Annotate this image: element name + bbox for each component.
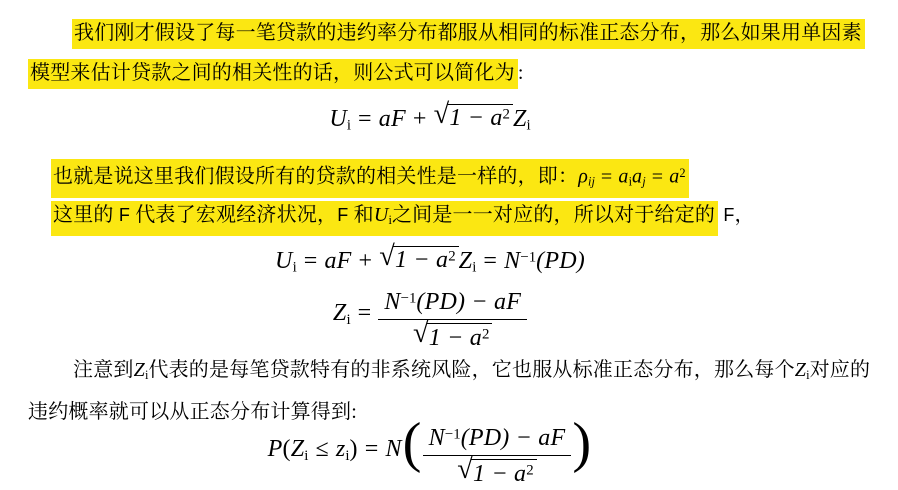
math-superscript: −1 — [401, 290, 417, 306]
formula-content: Zi=N−1(PD) − aF√1 − a2 — [333, 288, 527, 353]
text-run: 也就是说这里我们假设所有的贷款的相关性是一样的，即： — [53, 166, 578, 188]
document-page: 我们刚才假设了每一笔贷款的违约率分布都服从相同的标准正态分布，那么如果用单因素 … — [0, 0, 898, 490]
formula-content: P(Zi≤zi)=N(N−1(PD) − aF√1 − a2) — [268, 424, 593, 489]
math-operator: + — [406, 106, 434, 132]
math-superscript: −1 — [520, 249, 536, 265]
math-superscript: 2 — [482, 327, 489, 343]
text-run: 对应的 — [810, 359, 871, 381]
math-var: U — [374, 204, 389, 226]
math-var: aF — [324, 248, 351, 274]
math-superscript: 2 — [526, 463, 533, 479]
formula-content: Ui=aF+√1 − a2Zi — [329, 104, 530, 135]
paren: ( — [283, 436, 291, 462]
math-var: Z — [459, 248, 473, 274]
math-var: Z — [795, 359, 806, 381]
paragraph-1-line-2: 模型来估计贷款之间的相关性的话，则公式可以简化为: — [28, 59, 524, 89]
radical-sign: √ — [434, 101, 450, 129]
math-var: 1 − a — [429, 325, 482, 351]
math-operator: = — [646, 166, 669, 188]
math-var: Z — [291, 436, 305, 462]
radicand: 1 − a2 — [427, 323, 493, 352]
highlighted-text: 这里的 F 代表了宏观经济状况，F 和Ui之间是一一对应的，所以对于给定的 — [51, 201, 718, 236]
fraction-numerator: N−1(PD) − aF — [378, 288, 527, 320]
fraction: N−1(PD) − aF√1 − a2 — [378, 288, 527, 353]
math-operator: = — [358, 436, 386, 462]
math-operator: = — [297, 248, 325, 274]
radicand: 1 − a2 — [393, 246, 459, 274]
radical-sign: √ — [379, 243, 395, 271]
text-run: 这里的 — [53, 204, 119, 226]
math-var: P — [268, 436, 283, 462]
text-run: 违约概率就可以从正态分布计算得到: — [28, 401, 357, 423]
paragraph-2: 也就是说这里我们假设所有的贷款的相关性是一样的，即：ρij=aiaj=a2 — [51, 159, 689, 198]
math-superscript: 2 — [679, 166, 685, 180]
math-operator: = — [476, 248, 504, 274]
math-var: (PD) — [536, 248, 585, 274]
paragraph-1-line-1: 我们刚才假设了每一笔贷款的违约率分布都服从相同的标准正态分布，那么如果用单因素 — [72, 19, 865, 49]
math-subscript: ij — [588, 175, 595, 189]
math-var: a — [669, 166, 679, 188]
square-root: √1 − a2 — [379, 246, 458, 274]
math-var: aF — [379, 106, 406, 132]
math-var: a — [618, 166, 628, 188]
square-root: √1 − a2 — [413, 323, 492, 352]
formula-single-factor: Ui=aF+√1 − a2Zi — [0, 104, 898, 135]
fraction-numerator: N−1(PD) − aF — [423, 424, 572, 456]
highlighted-text: 模型来估计贷款之间的相关性的话，则公式可以简化为 — [28, 59, 518, 89]
math-var: 1 − a — [473, 461, 526, 487]
math-var: ρ — [578, 166, 588, 188]
math-var: 1 − a — [395, 247, 448, 273]
math-var: Z — [513, 106, 527, 132]
math-var: U — [275, 248, 293, 274]
text-run: 代表了宏观经济状况， — [130, 204, 337, 226]
formula-content: Ui=aF+√1 − a2Zi=N−1(PD) — [275, 246, 585, 277]
highlighted-text: 我们刚才假设了每一笔贷款的违约率分布都服从相同的标准正态分布，那么如果用单因素 — [72, 19, 865, 49]
text-run: 代表的是每笔贷款特有的非系统风险，它也服从标准正态分布，那么每个 — [148, 359, 794, 381]
math-superscript: 2 — [448, 248, 455, 264]
math-var: z — [336, 436, 346, 462]
math-superscript: 2 — [503, 106, 510, 122]
radicand: 1 − a2 — [447, 104, 513, 132]
latin-F: F — [723, 205, 734, 225]
latin-F: F — [337, 205, 348, 225]
math-subscript: i — [527, 118, 531, 134]
math-operator: = — [351, 106, 379, 132]
math-var: N — [504, 248, 520, 274]
text-run: 注意到 — [73, 359, 134, 381]
math-var: 1 − a — [449, 105, 502, 131]
radicand: 1 − a2 — [471, 459, 537, 488]
radical-sign: √ — [457, 456, 473, 484]
math-var: (PD) − aF — [416, 289, 521, 315]
math-var: N — [429, 425, 445, 451]
fraction: N−1(PD) − aF√1 − a2 — [423, 424, 572, 489]
math-var: a — [632, 166, 642, 188]
highlighted-text: 也就是说这里我们假设所有的贷款的相关性是一样的，即：ρij=aiaj=a2 — [51, 159, 689, 198]
math-var: N — [384, 289, 400, 315]
colon: : — [518, 62, 524, 84]
math-var: (PD) − aF — [461, 425, 566, 451]
text-run: 之间是一一对应的，所以对于给定的 — [392, 204, 715, 226]
fraction-denominator: √1 − a2 — [378, 320, 527, 352]
formula-inverse-normal: Ui=aF+√1 − a2Zi=N−1(PD) — [0, 246, 898, 277]
math-superscript: −1 — [445, 426, 461, 442]
radical-sign: √ — [413, 320, 429, 348]
latin-F: F — [119, 205, 130, 225]
math-var: U — [329, 106, 347, 132]
formula-z-fraction: Zi=N−1(PD) − aF√1 − a2 — [0, 288, 898, 353]
paragraph-4-line-2: 违约概率就可以从正态分布计算得到: — [28, 402, 357, 423]
math-operator: ≤ — [308, 436, 335, 462]
square-root: √1 − a2 — [457, 459, 536, 488]
math-var: N — [385, 436, 401, 462]
paragraph-4-line-1: 注意到Zi代表的是每笔贷款特有的非系统风险，它也服从标准正态分布，那么每个Zi对… — [73, 360, 870, 386]
math-operator: = — [351, 300, 379, 326]
formula-default-probability: P(Zi≤zi)=N(N−1(PD) − aF√1 − a2) — [0, 424, 898, 489]
fraction-denominator: √1 − a2 — [423, 456, 572, 488]
text-run: ， — [735, 204, 755, 226]
math-operator: = — [595, 166, 618, 188]
paren: ) — [350, 436, 358, 462]
math-operator: + — [352, 248, 380, 274]
paragraph-3: 这里的 F 代表了宏观经济状况，F 和Ui之间是一一对应的，所以对于给定的 F， — [51, 201, 755, 236]
text-run: 和 — [348, 204, 373, 226]
math-var: Z — [134, 359, 145, 381]
square-root: √1 − a2 — [434, 104, 513, 132]
math-var: Z — [333, 300, 347, 326]
